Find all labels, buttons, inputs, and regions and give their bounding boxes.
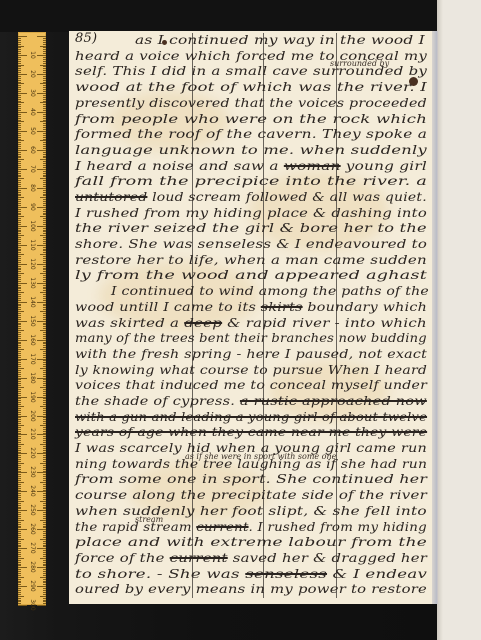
ruler-tick bbox=[18, 421, 21, 422]
ruler-tick bbox=[18, 148, 21, 149]
ruler-tick bbox=[37, 491, 46, 492]
ruler-tick bbox=[43, 47, 46, 48]
ruler-tick bbox=[43, 237, 46, 238]
ruler-tick bbox=[43, 480, 46, 481]
ruler-tick bbox=[18, 235, 24, 236]
ruler-tick bbox=[43, 448, 46, 449]
ruler-tick bbox=[43, 190, 46, 191]
ruler-tick bbox=[18, 507, 21, 508]
ruler-tick bbox=[43, 49, 46, 50]
ruler-tick bbox=[43, 360, 46, 361]
ruler-tick bbox=[18, 302, 27, 303]
ruler-tick bbox=[43, 351, 46, 352]
ruler-tick bbox=[18, 594, 21, 595]
ruler-tick bbox=[37, 605, 46, 606]
ruler-tick bbox=[18, 315, 21, 316]
ruler-tick bbox=[43, 436, 46, 437]
ruler-tick bbox=[18, 243, 21, 244]
ruler-tick bbox=[18, 273, 24, 274]
ruler-tick bbox=[18, 575, 21, 576]
ruler-tick bbox=[18, 140, 24, 141]
ruler-tick bbox=[43, 438, 46, 439]
manuscript-line: the river seized the girl & bore her to … bbox=[75, 221, 427, 235]
ruler-tick bbox=[18, 567, 27, 568]
ruler-tick bbox=[18, 169, 27, 170]
ruler-tick bbox=[43, 161, 46, 162]
ruler-tick bbox=[43, 68, 46, 69]
ruler-tick bbox=[18, 503, 21, 504]
ruler-tick bbox=[43, 393, 46, 394]
ruler-tick bbox=[40, 292, 46, 293]
ruler-tick bbox=[18, 150, 27, 151]
ruler-tick bbox=[18, 283, 27, 284]
ruler-tick bbox=[43, 262, 46, 263]
ruler-tick bbox=[43, 334, 46, 335]
ruler-tick bbox=[18, 241, 21, 242]
manuscript-line: with the fresh spring - here I paused, n… bbox=[75, 347, 427, 361]
ruler-tick bbox=[40, 216, 46, 217]
ruler-tick bbox=[43, 562, 46, 563]
ruler-tick bbox=[43, 353, 46, 354]
ruler-tick bbox=[43, 381, 46, 382]
ruler-tick bbox=[43, 239, 46, 240]
ruler-tick bbox=[43, 173, 46, 174]
ruler-tick bbox=[43, 328, 46, 329]
manuscript-line: untutored loud scream followed & all was… bbox=[75, 190, 427, 204]
ruler-tick bbox=[18, 114, 21, 115]
ruler-tick bbox=[18, 46, 24, 47]
ruler-label: 30 bbox=[28, 87, 36, 99]
ruler-tick bbox=[18, 482, 24, 483]
ruler-tick bbox=[37, 283, 46, 284]
ruler-tick bbox=[18, 548, 27, 549]
ruler-tick bbox=[18, 491, 27, 492]
ruler-tick bbox=[18, 545, 21, 546]
ruler-tick bbox=[37, 302, 46, 303]
ruler-tick bbox=[18, 165, 21, 166]
ruler-tick bbox=[18, 305, 21, 306]
ruler-tick bbox=[40, 254, 46, 255]
ruler-tick bbox=[18, 224, 21, 225]
ruler-tick bbox=[43, 400, 46, 401]
manuscript-line: shore. She was senseless & I endeavoured… bbox=[75, 237, 427, 251]
ruler-tick bbox=[43, 471, 46, 472]
ruler-tick bbox=[18, 313, 21, 314]
ruler-tick bbox=[18, 584, 21, 585]
ruler-tick bbox=[18, 490, 21, 491]
ruler-tick bbox=[18, 239, 21, 240]
ruler-tick bbox=[18, 42, 21, 43]
ruler-tick bbox=[43, 82, 46, 83]
ruler-tick bbox=[37, 548, 46, 549]
ruler-tick bbox=[18, 222, 21, 223]
ruler-tick bbox=[18, 250, 21, 251]
ruler-tick bbox=[18, 598, 21, 599]
manuscript-line: presently discovered that the voices pro… bbox=[75, 96, 427, 110]
ruler-tick bbox=[43, 343, 46, 344]
ruler-tick bbox=[43, 78, 46, 79]
ruler-tick bbox=[18, 211, 21, 212]
ruler-tick bbox=[18, 541, 21, 542]
ruler-tick bbox=[43, 89, 46, 90]
ruler-tick bbox=[18, 505, 21, 506]
ruler-tick bbox=[43, 298, 46, 299]
ruler-tick bbox=[40, 577, 46, 578]
ruler-tick bbox=[18, 601, 21, 602]
ruler-tick bbox=[43, 433, 46, 434]
ruler-tick bbox=[18, 529, 27, 530]
ruler-tick bbox=[43, 588, 46, 589]
ruler-tick bbox=[43, 527, 46, 528]
ruler-tick bbox=[40, 273, 46, 274]
ruler-tick bbox=[18, 133, 21, 134]
ruler-tick bbox=[18, 296, 21, 297]
ruler-tick bbox=[18, 461, 21, 462]
ruler-tick bbox=[43, 565, 46, 566]
ruler-tick bbox=[37, 472, 46, 473]
ruler-tick bbox=[43, 224, 46, 225]
ruler-tick bbox=[18, 565, 21, 566]
ruler-tick bbox=[40, 596, 46, 597]
ruler-tick bbox=[43, 167, 46, 168]
ruler-tick bbox=[18, 374, 21, 375]
ruler-tick bbox=[43, 252, 46, 253]
ruler-tick bbox=[43, 304, 46, 305]
ruler-tick bbox=[18, 112, 27, 113]
ruler-tick bbox=[43, 531, 46, 532]
manuscript-line: wood untill I came to its skirts boundar… bbox=[75, 300, 427, 314]
ruler-tick bbox=[18, 433, 21, 434]
ruler-tick bbox=[18, 266, 21, 267]
ruler-tick bbox=[43, 195, 46, 196]
ruler-tick bbox=[37, 510, 46, 511]
ruler-tick bbox=[18, 376, 21, 377]
ruler-tick bbox=[18, 220, 21, 221]
ruler-tick bbox=[18, 230, 21, 231]
ruler-tick bbox=[18, 137, 21, 138]
ruler-tick bbox=[18, 83, 24, 84]
ruler-tick bbox=[18, 260, 21, 261]
ruler-tick bbox=[18, 249, 21, 250]
ruler-tick bbox=[18, 448, 21, 449]
ruler-label: 50 bbox=[28, 125, 36, 137]
ruler-tick bbox=[18, 537, 21, 538]
ruler-tick bbox=[18, 76, 21, 77]
ruler-tick bbox=[43, 347, 46, 348]
ruler-tick bbox=[43, 209, 46, 210]
ruler-tick bbox=[43, 467, 46, 468]
ruler-tick bbox=[43, 156, 46, 157]
ruler-tick bbox=[43, 230, 46, 231]
ruler-tick bbox=[37, 359, 46, 360]
ruler-tick bbox=[40, 102, 46, 103]
ruler-tick bbox=[18, 360, 21, 361]
ruler-label: 120 bbox=[28, 258, 36, 270]
manuscript-line: course along the precipitate side of the… bbox=[75, 488, 427, 502]
ruler-label: 140 bbox=[28, 296, 36, 308]
ruler-tick bbox=[18, 53, 21, 54]
ruler-tick bbox=[18, 268, 21, 269]
ruler-tick bbox=[40, 444, 46, 445]
manuscript-line: many of the trees bent their branches no… bbox=[75, 331, 427, 345]
ruler-tick bbox=[18, 323, 21, 324]
ruler-tick bbox=[18, 144, 21, 145]
ruler-tick bbox=[43, 76, 46, 77]
ruler-tick bbox=[18, 484, 21, 485]
ruler-tick bbox=[18, 560, 21, 561]
ruler-tick bbox=[43, 402, 46, 403]
ruler-tick bbox=[43, 389, 46, 390]
ruler-tick bbox=[18, 36, 27, 37]
ruler-tick bbox=[18, 582, 21, 583]
ruler-tick bbox=[18, 245, 27, 246]
ruler-tick bbox=[18, 463, 24, 464]
ruler-tick bbox=[43, 512, 46, 513]
ruler-tick bbox=[40, 140, 46, 141]
ruler-tick bbox=[18, 366, 21, 367]
ruler-tick bbox=[18, 408, 21, 409]
ruler-tick bbox=[18, 317, 21, 318]
ruler-tick bbox=[43, 594, 46, 595]
ruler-tick bbox=[43, 249, 46, 250]
ruler-tick bbox=[43, 345, 46, 346]
ruler-tick bbox=[43, 372, 46, 373]
ruler-tick bbox=[18, 379, 21, 380]
ruler-tick bbox=[43, 269, 46, 270]
ruler-tick bbox=[18, 497, 21, 498]
ruler-tick bbox=[43, 497, 46, 498]
ruler-tick bbox=[43, 313, 46, 314]
ruler-tick bbox=[18, 129, 21, 130]
ruler-tick bbox=[43, 42, 46, 43]
ruler-tick bbox=[18, 436, 21, 437]
ruler-tick bbox=[43, 474, 46, 475]
ruler-tick bbox=[43, 427, 46, 428]
ruler-tick bbox=[18, 99, 21, 100]
ruler-tick bbox=[18, 127, 21, 128]
ruler-tick bbox=[37, 586, 46, 587]
ruler-label: 90 bbox=[28, 201, 36, 213]
ruler-tick bbox=[43, 57, 46, 58]
ruler-tick bbox=[43, 323, 46, 324]
ruler-tick bbox=[43, 370, 46, 371]
ruler-tick bbox=[18, 378, 27, 379]
ruler-tick bbox=[43, 61, 46, 62]
ruler-tick bbox=[18, 469, 21, 470]
ruler-tick bbox=[37, 55, 46, 56]
ruler-tick bbox=[18, 400, 21, 401]
manuscript-line: fall from the precipice into the river. … bbox=[75, 174, 427, 188]
ruler-label: 200 bbox=[28, 410, 36, 422]
ruler-tick bbox=[18, 349, 24, 350]
ruler-tick bbox=[18, 446, 21, 447]
ruler-tick bbox=[43, 414, 46, 415]
ruler-tick bbox=[43, 503, 46, 504]
ruler-tick bbox=[37, 150, 46, 151]
ruler-tick bbox=[43, 395, 46, 396]
ruler-tick bbox=[43, 184, 46, 185]
ruler-tick bbox=[37, 416, 46, 417]
ruler-tick bbox=[18, 370, 21, 371]
ruler-tick bbox=[18, 61, 21, 62]
ruler-tick bbox=[43, 116, 46, 117]
ruler-tick bbox=[18, 262, 21, 263]
ruler-tick bbox=[43, 40, 46, 41]
page-edge bbox=[432, 31, 437, 604]
ruler-tick bbox=[18, 453, 27, 454]
ruler-tick bbox=[18, 231, 21, 232]
ruler-tick bbox=[18, 522, 21, 523]
ruler-tick bbox=[18, 171, 21, 172]
ruler-tick bbox=[18, 188, 27, 189]
ruler-tick bbox=[37, 453, 46, 454]
ruler-tick bbox=[18, 452, 21, 453]
ruler-tick bbox=[43, 288, 46, 289]
ruler-tick bbox=[43, 285, 46, 286]
ruler-tick bbox=[18, 385, 21, 386]
ruler-tick bbox=[43, 213, 46, 214]
ruler-tick bbox=[43, 410, 46, 411]
ruler-tick bbox=[18, 514, 21, 515]
right-margin-strip bbox=[437, 0, 481, 640]
ruler-tick bbox=[43, 533, 46, 534]
ruler-tick bbox=[43, 182, 46, 183]
ruler-tick bbox=[18, 423, 21, 424]
ruler-tick bbox=[43, 459, 46, 460]
ruler-tick bbox=[43, 95, 46, 96]
ruler-tick bbox=[18, 80, 21, 81]
ruler-tick bbox=[43, 452, 46, 453]
ruler-tick bbox=[18, 499, 21, 500]
ruler-tick bbox=[43, 176, 46, 177]
ruler-tick bbox=[18, 351, 21, 352]
ruler-tick bbox=[18, 233, 21, 234]
ruler-tick bbox=[18, 120, 21, 121]
ruler-tick bbox=[43, 582, 46, 583]
ruler-tick bbox=[43, 129, 46, 130]
ruler-tick bbox=[40, 121, 46, 122]
ruler-tick bbox=[43, 241, 46, 242]
ruler-tick bbox=[43, 72, 46, 73]
ruler-tick bbox=[18, 459, 21, 460]
ruler-tick bbox=[43, 110, 46, 111]
ruler-tick bbox=[18, 173, 21, 174]
ruler-tick bbox=[43, 550, 46, 551]
manuscript-line: formed the roof of the cavern. They spok… bbox=[75, 127, 427, 141]
ruler-tick bbox=[40, 406, 46, 407]
ruler-tick bbox=[43, 391, 46, 392]
ruler-tick bbox=[43, 455, 46, 456]
ruler-tick bbox=[18, 184, 21, 185]
ruler-tick bbox=[43, 228, 46, 229]
interlinear-insertion: surrounded by bbox=[330, 59, 389, 68]
ruler-tick bbox=[43, 508, 46, 509]
ruler-tick bbox=[43, 281, 46, 282]
ruler-tick bbox=[43, 461, 46, 462]
ruler-tick bbox=[18, 91, 21, 92]
ruler-label: 270 bbox=[28, 542, 36, 554]
ruler-tick bbox=[18, 311, 24, 312]
ruler-tick bbox=[18, 471, 21, 472]
manuscript-line: oured by every means in my power to rest… bbox=[75, 582, 427, 596]
ruler-tick bbox=[43, 404, 46, 405]
ruler-tick bbox=[18, 493, 21, 494]
manuscript-line: from people who were on the rock which bbox=[75, 112, 427, 126]
ruler-tick bbox=[43, 296, 46, 297]
ruler-tick bbox=[18, 605, 27, 606]
ruler-tick bbox=[43, 423, 46, 424]
ruler-tick bbox=[18, 49, 21, 50]
ruler-tick bbox=[18, 404, 21, 405]
ruler-tick bbox=[43, 114, 46, 115]
ruler-tick bbox=[18, 65, 24, 66]
ruler-label: 220 bbox=[28, 447, 36, 459]
ruler-tick bbox=[43, 51, 46, 52]
ruler-tick bbox=[43, 556, 46, 557]
ruler-tick bbox=[18, 106, 21, 107]
ruler-tick bbox=[18, 104, 21, 105]
ruler-tick bbox=[40, 539, 46, 540]
ruler-tick bbox=[18, 264, 27, 265]
manuscript-page: 85) as I continued my way in the wood Ih… bbox=[69, 31, 437, 604]
manuscript-line: language unknown to me. when suddenly bbox=[75, 143, 427, 157]
interlinear-insertion: as if she were in sport with some one bbox=[185, 452, 336, 461]
manuscript-line: force of the current saved her & dragged… bbox=[75, 551, 427, 565]
ruler-tick bbox=[18, 146, 21, 147]
ruler-tick bbox=[43, 545, 46, 546]
ruler-label: 40 bbox=[28, 106, 36, 118]
ruler-tick bbox=[43, 442, 46, 443]
ruler-tick bbox=[43, 152, 46, 153]
ruler-tick bbox=[18, 442, 21, 443]
ruler-tick bbox=[43, 290, 46, 291]
ruler-tick bbox=[18, 440, 21, 441]
ruler-tick bbox=[18, 194, 21, 195]
ruler-tick bbox=[18, 292, 24, 293]
ruler-tick bbox=[43, 148, 46, 149]
ruler-tick bbox=[43, 440, 46, 441]
ruler-tick bbox=[43, 457, 46, 458]
ruler-tick bbox=[18, 336, 21, 337]
ruler-tick bbox=[18, 478, 21, 479]
ruler-tick bbox=[18, 402, 21, 403]
ruler-tick bbox=[18, 603, 21, 604]
ruler-tick bbox=[18, 279, 21, 280]
ruler-tick bbox=[43, 600, 46, 601]
ruler-tick bbox=[18, 414, 21, 415]
ruler-label: 100 bbox=[28, 220, 36, 232]
ruler-tick bbox=[18, 157, 21, 158]
ruler-tick bbox=[18, 340, 27, 341]
ruler-tick bbox=[18, 391, 21, 392]
ruler-tick bbox=[18, 368, 24, 369]
page-number: 85) bbox=[75, 31, 97, 46]
ruler-tick bbox=[18, 110, 21, 111]
ruler-tick bbox=[43, 336, 46, 337]
ruler-tick bbox=[18, 417, 21, 418]
ruler-tick bbox=[18, 550, 21, 551]
ruler-tick bbox=[18, 510, 27, 511]
manuscript-line: years of age when they came near me they… bbox=[75, 425, 427, 439]
ruler-tick bbox=[18, 199, 21, 200]
ruler-tick bbox=[18, 55, 27, 56]
ruler-tick bbox=[18, 355, 21, 356]
ruler-tick bbox=[18, 131, 27, 132]
ruler-tick bbox=[18, 139, 21, 140]
ruler-tick bbox=[18, 57, 21, 58]
ruler-tick bbox=[18, 372, 21, 373]
ruler-tick bbox=[18, 201, 21, 202]
